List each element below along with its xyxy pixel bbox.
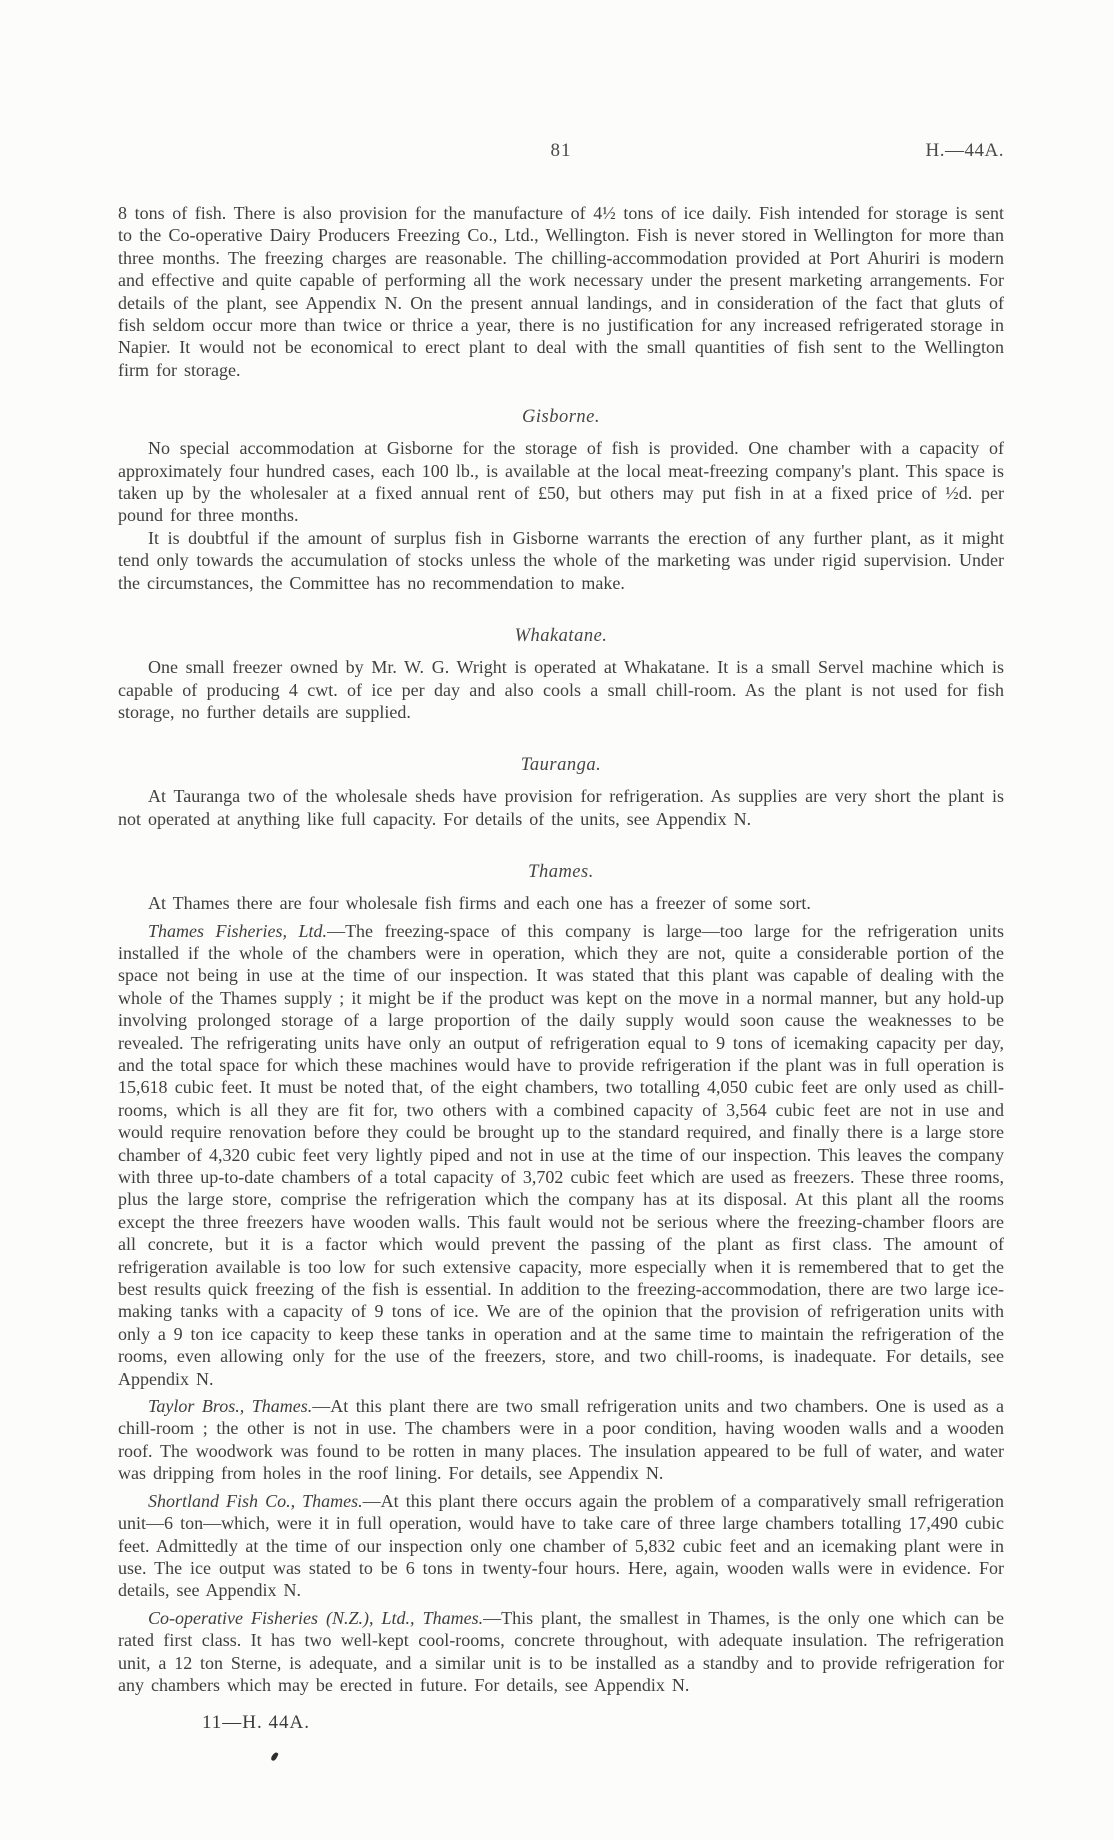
firm-name-shortland-fish-co: Shortland Fish Co., Thames. bbox=[148, 1491, 363, 1511]
section-heading-gisborne: Gisborne. bbox=[118, 407, 1004, 428]
doc-reference: H.—44A. bbox=[926, 140, 1004, 162]
paragraph-cooperative-fisheries: Co-operative Fisheries (N.Z.), Ltd., Tha… bbox=[118, 1607, 1004, 1697]
paragraph-gisborne-1: No special accommodation at Gisborne for… bbox=[118, 437, 1004, 527]
ink-mark-container bbox=[118, 1734, 1004, 1766]
firm-text-thames-fisheries: —The freezing-space of this company is l… bbox=[118, 921, 1004, 1389]
page-header: 81 H.—44A. bbox=[118, 140, 1004, 166]
firm-name-thames-fisheries: Thames Fisheries, Ltd. bbox=[148, 921, 327, 941]
document-page: 81 H.—44A. 8 tons of fish. There is also… bbox=[0, 0, 1114, 1840]
ink-mark bbox=[270, 1752, 279, 1762]
firm-name-cooperative-fisheries: Co-operative Fisheries (N.Z.), Ltd., Tha… bbox=[148, 1608, 483, 1628]
paragraph-shortland-fish-co: Shortland Fish Co., Thames.—At this plan… bbox=[118, 1490, 1004, 1602]
paragraph-intro-continuation: 8 tons of fish. There is also provision … bbox=[118, 202, 1004, 381]
paragraph-taylor-bros: Taylor Bros., Thames.—At this plant ther… bbox=[118, 1395, 1004, 1485]
section-heading-whakatane: Whakatane. bbox=[118, 626, 1004, 647]
firm-name-taylor-bros: Taylor Bros., Thames. bbox=[148, 1396, 312, 1416]
paragraph-thames-intro: At Thames there are four wholesale fish … bbox=[118, 892, 1004, 914]
paragraph-whakatane: One small freezer owned by Mr. W. G. Wri… bbox=[118, 656, 1004, 723]
paragraph-tauranga: At Tauranga two of the wholesale sheds h… bbox=[118, 785, 1004, 830]
page-number: 81 bbox=[551, 140, 572, 162]
paragraph-thames-fisheries: Thames Fisheries, Ltd.—The freezing-spac… bbox=[118, 920, 1004, 1391]
printer-signature: 11—H. 44A. bbox=[118, 1712, 1004, 1734]
section-heading-thames: Thames. bbox=[118, 862, 1004, 883]
paragraph-gisborne-2: It is doubtful if the amount of surplus … bbox=[118, 527, 1004, 594]
section-heading-tauranga: Tauranga. bbox=[118, 755, 1004, 776]
